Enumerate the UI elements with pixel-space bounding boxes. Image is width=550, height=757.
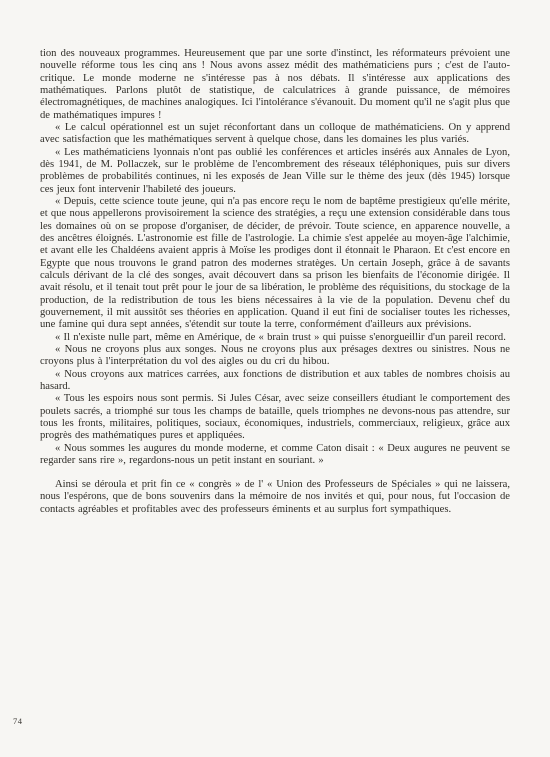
paragraph-1: tion des nouveaux programmes. Heureuseme… (40, 48, 510, 122)
scanned-page: tion des nouveaux programmes. Heureuseme… (0, 0, 550, 757)
paragraph-9: « Nous sommes les augures du monde moder… (40, 443, 510, 468)
paragraph-6: « Nous ne croyons plus aux songes. Nous … (40, 344, 510, 369)
article-text: tion des nouveaux programmes. Heureuseme… (40, 48, 510, 516)
paragraph-4: « Depuis, cette science toute jeune, qui… (40, 196, 510, 332)
paragraph-7: « Nous croyons aux matrices carrées, aux… (40, 369, 510, 394)
paragraph-3: « Les mathématiciens lyonnais n'ont pas … (40, 147, 510, 196)
page-number: 74 (13, 716, 23, 726)
paragraph-10: Ainsi se déroula et prit fin ce « congrè… (40, 479, 510, 516)
paragraph-2: « Le calcul opérationnel est un sujet ré… (40, 122, 510, 147)
paragraph-8: « Tous les espoirs nous sont permis. Si … (40, 393, 510, 442)
paragraph-5: « Il n'existe nulle part, même en Amériq… (40, 332, 510, 344)
